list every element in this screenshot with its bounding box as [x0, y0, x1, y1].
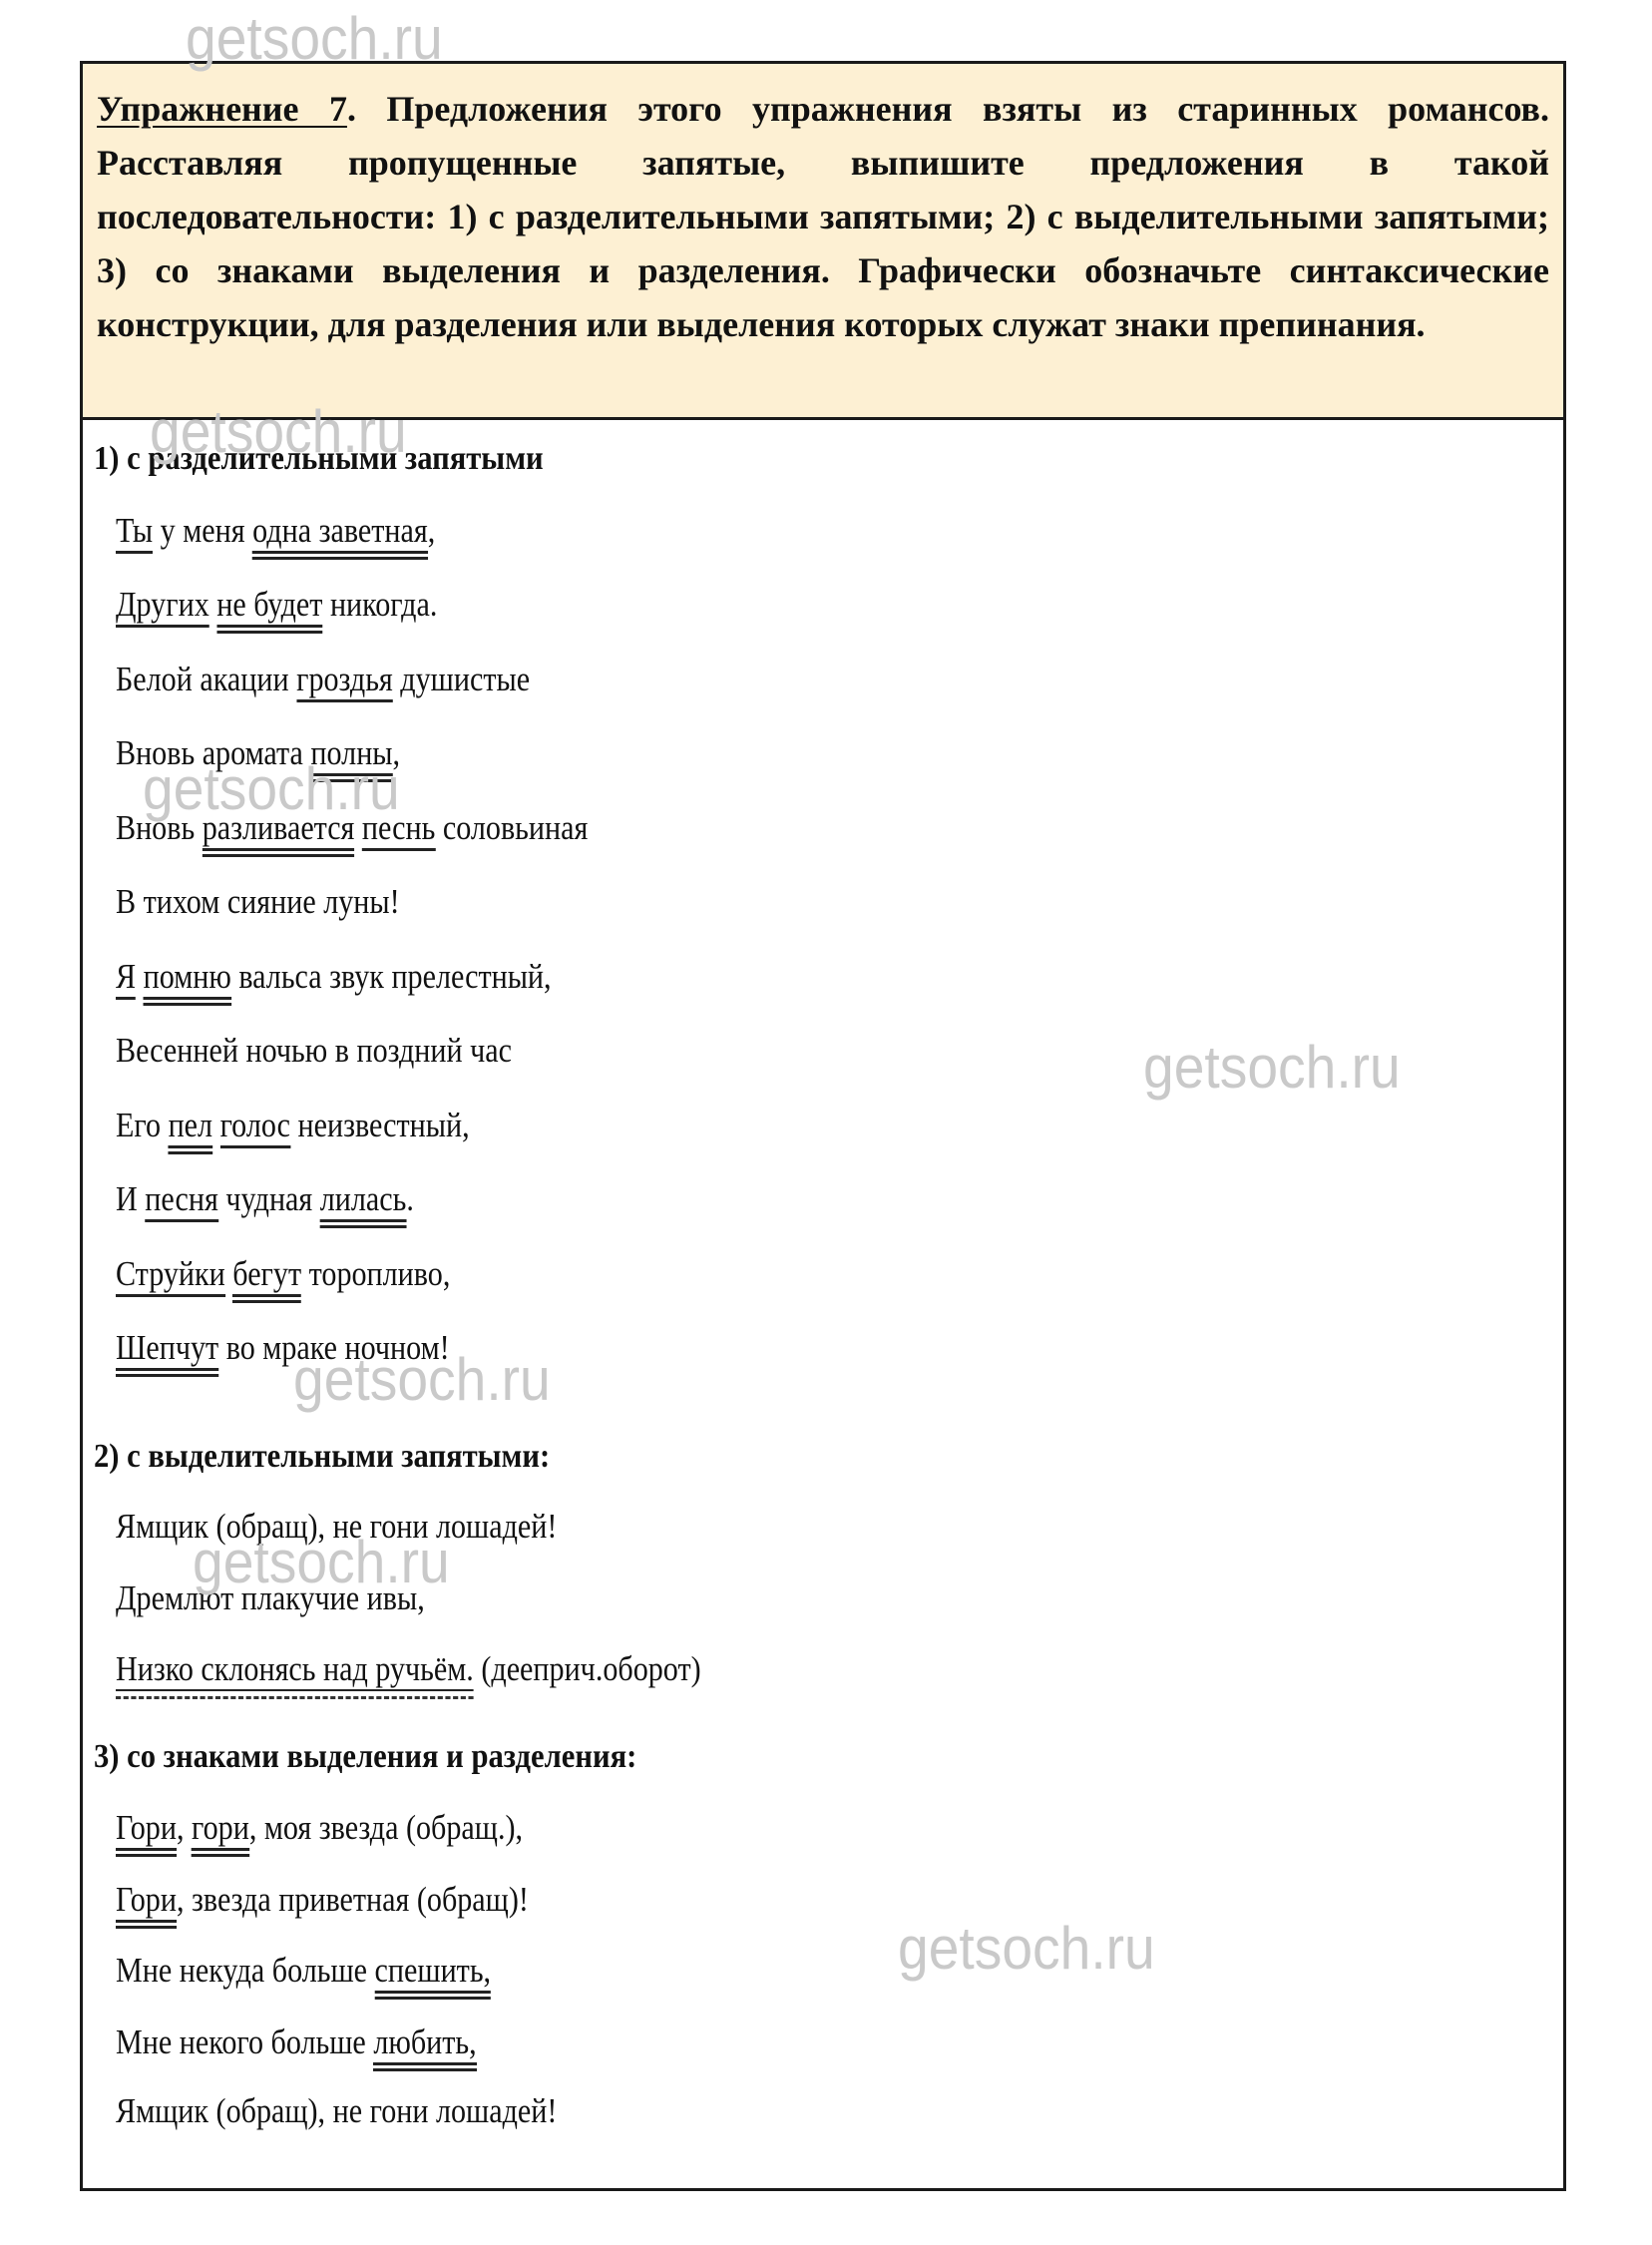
- sentence-text: , моя звезда (обращ.),: [249, 1808, 523, 1847]
- sentence-text: , звезда приветная (обращ)!: [177, 1880, 529, 1919]
- sentence-text: [136, 957, 144, 996]
- sentence-text: Ямщик (обращ), не гони лошадей!: [116, 2091, 557, 2130]
- sentence-text: душистые: [393, 660, 530, 698]
- task-header: Упражнение 7. Предложения этого упражнен…: [83, 64, 1563, 420]
- sentence-line: Низко склонясь над ручьём. (дееприч.обор…: [116, 1649, 701, 1691]
- subject-underline: Ты: [116, 511, 153, 554]
- sentence-text: у меня: [153, 511, 252, 550]
- sentence-text: Мне некого больше: [116, 2022, 373, 2061]
- predicate-underline: одна заветная: [252, 511, 428, 551]
- subject-underline: песнь: [362, 808, 435, 851]
- predicate-underline: полны: [310, 733, 392, 773]
- sentence-text: [209, 585, 217, 624]
- predicate-underline: помню: [144, 957, 231, 997]
- predicate-underline: бегут: [232, 1254, 301, 1294]
- sentence-text: (дееприч.оборот): [474, 1649, 701, 1688]
- sentence-text: Мне некуда больше: [116, 1951, 375, 1990]
- sentence-text: Весенней ночью в поздний час: [116, 1031, 512, 1070]
- subject-underline: голос: [220, 1106, 290, 1148]
- sentence-line: Я помню вальса звук прелестный,: [116, 957, 552, 997]
- sentence-line: Гори, гори, моя звезда (обращ.),: [116, 1808, 523, 1848]
- sentence-line: Других не будет никогда.: [116, 585, 437, 625]
- section-heading: 1) с разделительными запятыми: [94, 439, 544, 479]
- sentence-line: Мне некуда больше спешить,: [116, 1951, 491, 1991]
- sentence-text: ,: [177, 1808, 192, 1847]
- sentence-text: .: [406, 1179, 414, 1218]
- predicate-underline: не будет: [216, 585, 322, 625]
- sentence-text: [354, 808, 362, 847]
- subject-underline: песня: [145, 1179, 218, 1222]
- predicate-underline: спешить,: [375, 1951, 492, 1991]
- sentence-text: вальса звук прелестный,: [231, 957, 552, 996]
- sentence-line: Ямщик (обращ), не гони лошадей!: [116, 1507, 557, 1547]
- sentence-line: Дремлют плакучие ивы,: [116, 1578, 425, 1618]
- sentence-text: В тихом сияние луны!: [116, 882, 400, 921]
- predicate-underline: Гори: [116, 1880, 177, 1920]
- sentence-text: Дремлют плакучие ивы,: [116, 1578, 425, 1617]
- sentence-text: соловьиная: [435, 808, 588, 847]
- sentence-line: Ты у меня одна заветная,: [116, 511, 435, 551]
- subject-underline: Других: [116, 585, 209, 628]
- sentence-text: никогда.: [322, 585, 437, 624]
- predicate-underline: разливается: [203, 808, 355, 848]
- sentence-line: Мне некого больше любить,: [116, 2022, 477, 2062]
- sentence-line: В тихом сияние луны!: [116, 882, 400, 922]
- sentence-text: [212, 1106, 220, 1144]
- sentence-text: чудная: [218, 1179, 320, 1218]
- sentence-text: во мраке ночном!: [218, 1328, 450, 1367]
- adverbial-phrase-underline: Низко склонясь над ручьём.: [116, 1649, 474, 1691]
- predicate-underline: Шепчут: [116, 1328, 218, 1368]
- predicate-underline: Гори: [116, 1808, 177, 1848]
- section-heading: 3) со знаками выделения и разделения:: [94, 1737, 636, 1777]
- task-text: Упражнение 7. Предложения этого упражнен…: [97, 82, 1549, 351]
- sentence-text: И: [116, 1179, 145, 1218]
- subject-underline: Я: [116, 957, 136, 1000]
- sentence-line: И песня чудная лилась.: [116, 1179, 414, 1219]
- sentence-line: Вновь аромата полны,: [116, 733, 400, 773]
- sentence-text: Его: [116, 1106, 169, 1144]
- sentence-text: ,: [428, 511, 436, 550]
- sentence-line: Шепчут во мраке ночном!: [116, 1328, 450, 1368]
- predicate-underline: пел: [169, 1106, 212, 1145]
- sentence-line: Весенней ночью в поздний час: [116, 1031, 512, 1071]
- predicate-underline: лилась: [320, 1179, 407, 1219]
- sentence-line: Вновь разливается песнь соловьиная: [116, 808, 588, 848]
- sentence-line: Струйки бегут торопливо,: [116, 1254, 450, 1294]
- section-heading: 2) с выделительными запятыми:: [94, 1437, 550, 1477]
- sentence-text: ,: [393, 733, 401, 772]
- predicate-underline: гори: [192, 1808, 249, 1848]
- sentence-line: Его пел голос неизвестный,: [116, 1106, 470, 1145]
- sentence-text: Ямщик (обращ), не гони лошадей!: [116, 1507, 557, 1546]
- predicate-underline: любить,: [373, 2022, 476, 2062]
- exercise-number: Упражнение 7: [97, 89, 347, 129]
- subject-underline: гроздья: [296, 660, 393, 702]
- sentence-line: Гори, звезда приветная (обращ)!: [116, 1880, 529, 1920]
- sentence-text: Вновь аромата: [116, 733, 310, 772]
- subject-underline: Струйки: [116, 1254, 225, 1297]
- sentence-text: [225, 1254, 233, 1293]
- sentence-text: неизвестный,: [290, 1106, 470, 1144]
- sentence-text: торопливо,: [301, 1254, 450, 1293]
- sentence-line: Белой акации гроздья душистые: [116, 660, 530, 699]
- sentence-line: Ямщик (обращ), не гони лошадей!: [116, 2091, 557, 2131]
- sentence-text: Белой акации: [116, 660, 296, 698]
- sentence-text: Вновь: [116, 808, 203, 847]
